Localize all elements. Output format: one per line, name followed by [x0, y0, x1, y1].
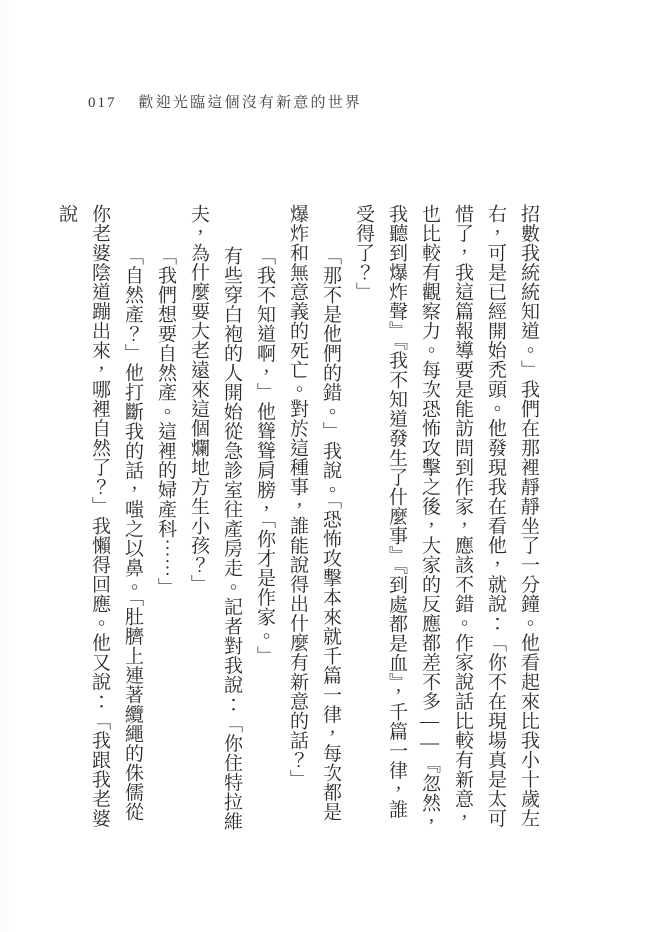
book-page: 017 歡迎光臨這個沒有新意的世界 招數我統統知道。」我們在那裡靜靜坐了一分鐘。…	[0, 0, 663, 932]
body-text: 招數我統統知道。」我們在那裡靜靜坐了一分鐘。他看起來比我小十歲左右，可是已經開始…	[75, 204, 545, 834]
paragraph: 招數我統統知道。」我們在那裡靜靜坐了一分鐘。他看起來比我小十歲左右，可是已經開始…	[347, 204, 545, 834]
page-number: 017	[88, 95, 117, 112]
paragraph: 「那不是他們的錯。」我說。「恐怖攻擊本來就千篇一律，每次都是爆炸和無意義的死亡。…	[281, 204, 347, 834]
running-title: 歡迎光臨這個沒有新意的世界	[139, 91, 363, 112]
paragraph: 「自然產？」他打斷我的話，嗤之以鼻。「肚臍上連著纜繩的侏儒從你老婆陰道蹦出來，哪…	[50, 204, 149, 834]
paragraph: 「我不知道啊，」他聳聳肩膀，「你才是作家。」	[248, 204, 281, 834]
paragraph: 有些穿白袍的人開始從急診室往產房走。記者對我說：「你住特拉維夫，為什麼要大老遠來…	[182, 204, 248, 834]
running-header: 017 歡迎光臨這個沒有新意的世界	[88, 91, 362, 112]
paragraph: 「我們想要自然產。這裡的婦產科⋯⋯」	[149, 204, 182, 834]
